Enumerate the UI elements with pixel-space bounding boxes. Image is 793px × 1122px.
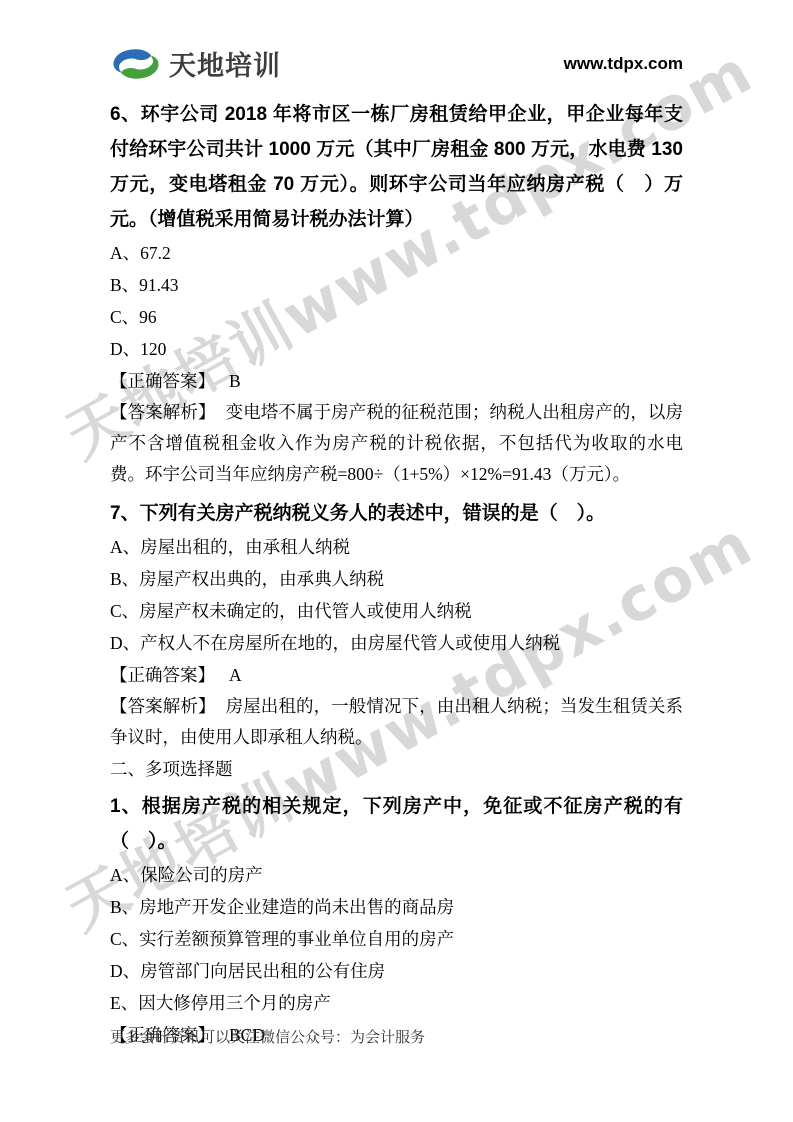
correct-answer-label: 【正确答案】 xyxy=(110,665,215,685)
question-6-option-c: C、96 xyxy=(110,301,683,333)
answer-value: A xyxy=(215,665,242,685)
question-6-option-a: A、67.2 xyxy=(110,237,683,269)
multi-question-1-option-e: E、因大修停用三个月的房产 xyxy=(110,987,683,1019)
answer-value: B xyxy=(215,371,241,391)
question-7-answer: 【正确答案】A xyxy=(110,659,683,691)
page-header: 天地培训 www.tdpx.com xyxy=(110,44,683,83)
correct-answer-label: 【正确答案】 xyxy=(110,371,215,391)
section-2-title: 二、多项选择题 xyxy=(110,753,683,785)
multi-question-1-option-d: D、房管部门向居民出租的公有住房 xyxy=(110,955,683,987)
question-7-option-a: A、房屋出租的，由承租人纳税 xyxy=(110,531,683,563)
analysis-label: 【答案解析】 xyxy=(110,696,226,716)
tiandi-logo: 天地培训 xyxy=(110,44,281,83)
question-6-stem: 6、环宇公司 2018 年将市区一栋厂房租赁给甲企业，甲企业每年支付给环宇公司共… xyxy=(110,97,683,237)
document-body: 6、环宇公司 2018 年将市区一栋厂房租赁给甲企业，甲企业每年支付给环宇公司共… xyxy=(110,97,683,1051)
question-7-option-c: C、房屋产权未确定的，由代管人或使用人纳税 xyxy=(110,595,683,627)
multi-question-1-option-a: A、保险公司的房产 xyxy=(110,859,683,891)
site-url: www.tdpx.com xyxy=(564,54,683,74)
document-page: 天地培训www.tdpx.com 天地培训www.tdpx.com 天地培训 w… xyxy=(0,0,793,1122)
question-6-analysis: 【答案解析】变电塔不属于房产税的征税范围；纳税人出租房产的，以房产不含增值税租金… xyxy=(110,397,683,490)
analysis-label: 【答案解析】 xyxy=(110,402,226,422)
multi-question-1-option-b: B、房地产开发企业建造的尚未出售的商品房 xyxy=(110,891,683,923)
logo-text: 天地培训 xyxy=(169,44,281,83)
multi-question-1-stem: 1、根据房产税的相关规定，下列房产中，免征或不征房产税的有（ ）。 xyxy=(110,789,683,859)
question-6-answer: 【正确答案】B xyxy=(110,365,683,397)
tiandi-logo-icon xyxy=(110,45,162,83)
question-7-stem: 7、下列有关房产税纳税义务人的表述中，错误的是（ ）。 xyxy=(110,496,683,531)
question-7-analysis: 【答案解析】房屋出租的，一般情况下，由出租人纳税；当发生租赁关系争议时，由使用人… xyxy=(110,691,683,753)
question-6-option-b: B、91.43 xyxy=(110,269,683,301)
multi-question-1-option-c: C、实行差额预算管理的事业单位自用的房产 xyxy=(110,923,683,955)
question-7-option-b: B、房屋产权出典的，由承典人纳税 xyxy=(110,563,683,595)
question-6-option-d: D、120 xyxy=(110,333,683,365)
question-7-option-d: D、产权人不在房屋所在地的，由房屋代管人或使用人纳税 xyxy=(110,627,683,659)
footer-note: 更多会计资讯可以关注微信公众号：为会计服务 xyxy=(110,1026,425,1047)
